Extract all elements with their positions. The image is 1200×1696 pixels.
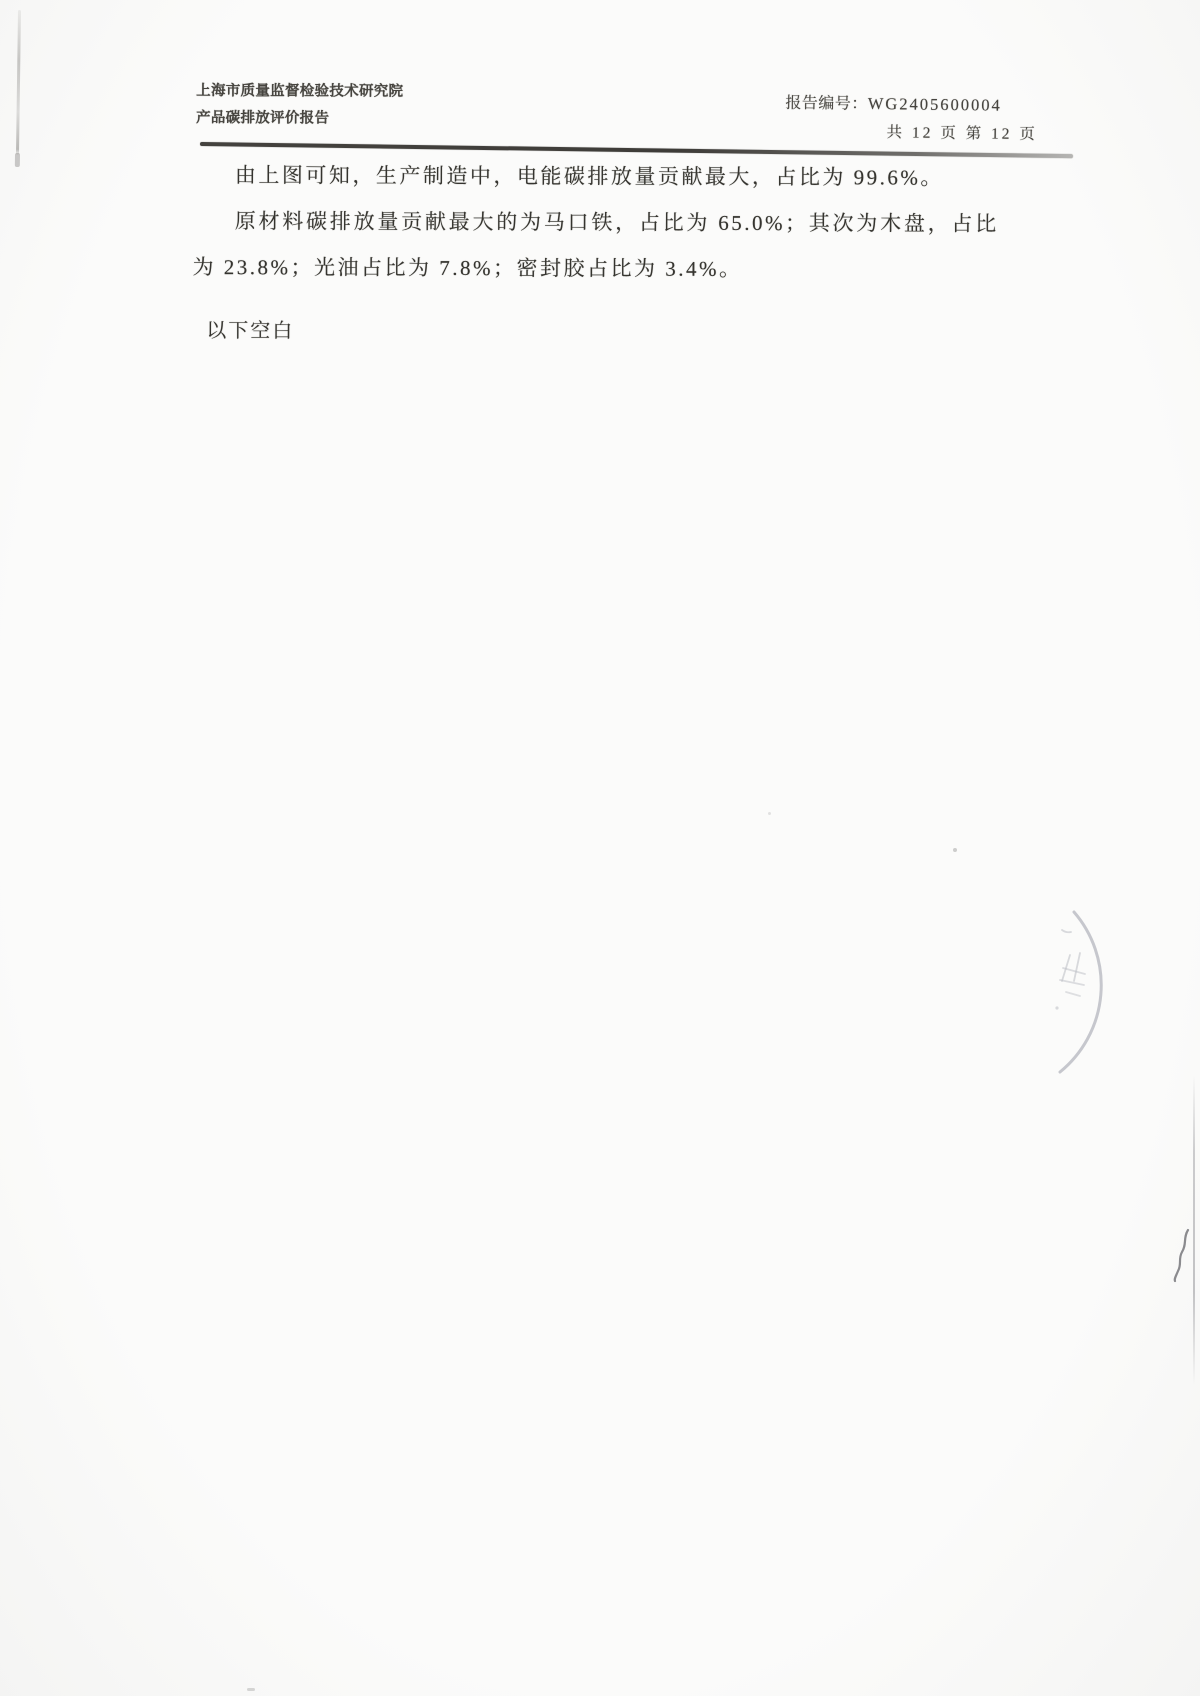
report-body: 由上图可知，生产制造中，电能碳排放量贡献最大，占比为 99.6%。 原材料碳排放…: [0, 0, 1200, 3]
header-org-block: 上海市质量监督检验技术研究院 产品碳排放评价报告: [196, 78, 403, 133]
pagination: 共 12 页 第 12 页: [785, 118, 1038, 149]
report-title: 产品碳排放评价报告: [196, 105, 403, 133]
page-header: 上海市质量监督检验技术研究院 产品碳排放评价报告 报告编号：WG24056000…: [0, 0, 1200, 3]
report-number-row: 报告编号：WG2405600004: [785, 89, 1038, 121]
header-meta-block: 报告编号：WG2405600004 共 12 页 第 12 页: [785, 89, 1039, 149]
report-number-value: WG2405600004: [868, 94, 1002, 115]
page-content: 上海市质量监督检验技术研究院 产品碳排放评价报告 报告编号：WG24056000…: [0, 0, 1200, 1696]
paragraph-material-shares: 原材料碳排放量贡献最大的为马口铁，占比为 65.0%；其次为木盘，占比为 23.…: [192, 198, 998, 293]
blank-below-note: 以下空白: [192, 316, 294, 346]
org-name: 上海市质量监督检验技术研究院: [196, 78, 403, 106]
paragraph-electricity-share: 由上图可知，生产制造中，电能碳排放量贡献最大，占比为 99.6%。: [193, 152, 999, 201]
document-page: 上海市质量监督检验技术研究院 产品碳排放评价报告 报告编号：WG24056000…: [0, 0, 1200, 1696]
report-number-label: 报告编号：: [785, 95, 868, 113]
